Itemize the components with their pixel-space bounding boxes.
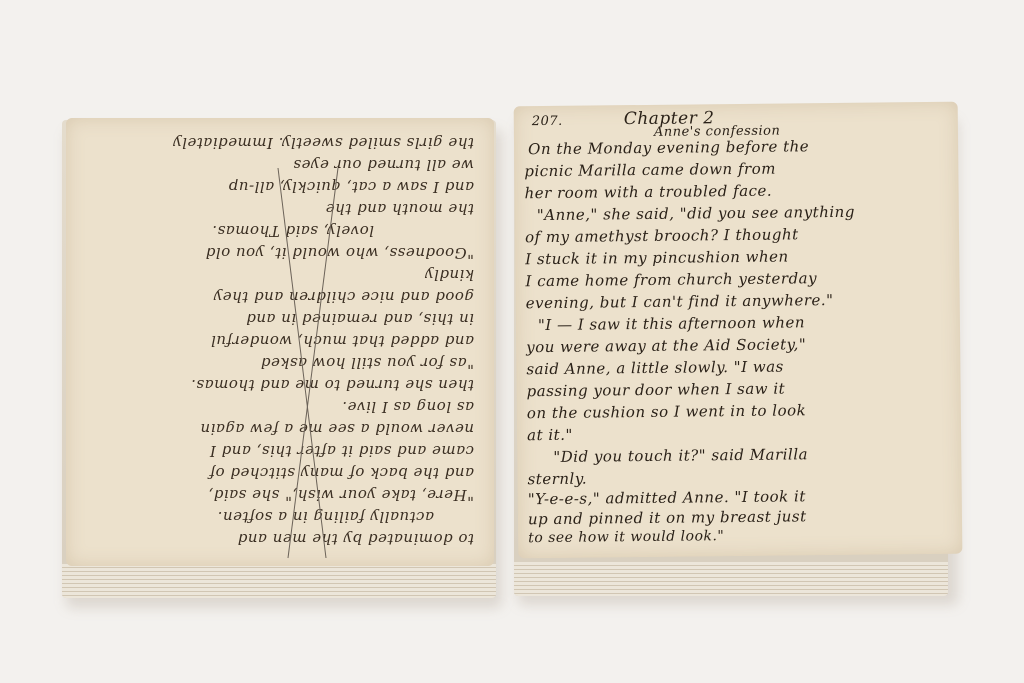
handwritten-line: of my amethyst brooch? I thought bbox=[525, 225, 799, 246]
right-notebook-page: 207. Chapter 2 Anne's confession On the … bbox=[514, 102, 963, 559]
handwritten-line: evening, but I can't find it anywhere." bbox=[526, 291, 834, 312]
handwritten-line: On the Monday evening before the bbox=[528, 137, 809, 158]
handwritten-line: I came home from church yesterday bbox=[525, 269, 817, 290]
handwritten-line: I stuck it in my pincushion when bbox=[525, 247, 789, 268]
handwritten-line: you were away at the Aid Society," bbox=[526, 335, 806, 356]
handwritten-line: picnic Marilla came down from bbox=[524, 160, 776, 181]
handwritten-line: "Did you touch it?" said Marilla bbox=[553, 445, 808, 466]
handwritten-line: to see how it would look." bbox=[528, 528, 724, 546]
left-page-edges bbox=[62, 564, 496, 598]
handwritten-line: "Anne," she said, "did you see anything bbox=[537, 203, 855, 224]
handwritten-line: sternly. bbox=[527, 470, 587, 489]
handwritten-line: on the cushion so I went in to look bbox=[527, 401, 807, 422]
page-number: 207. bbox=[532, 114, 563, 129]
handwritten-line: passing your door when I saw it bbox=[527, 380, 786, 401]
handwritten-line: at it." bbox=[527, 426, 573, 444]
handwritten-line: "Y-e-e-s," admitted Anne. "I took it bbox=[528, 487, 806, 508]
right-page-edges bbox=[514, 562, 948, 596]
handwritten-line: her room with a troubled face. bbox=[524, 182, 772, 203]
handwritten-line: said Anne, a little slowly. "I was bbox=[526, 358, 784, 379]
pencil-cross-lines bbox=[66, 118, 494, 566]
handwritten-line: up and pinned it on my breast just bbox=[528, 507, 807, 528]
handwritten-line: "I — I saw it this afternoon when bbox=[538, 313, 805, 334]
left-notebook-page: to dominated by the men and actually fai… bbox=[66, 118, 494, 566]
